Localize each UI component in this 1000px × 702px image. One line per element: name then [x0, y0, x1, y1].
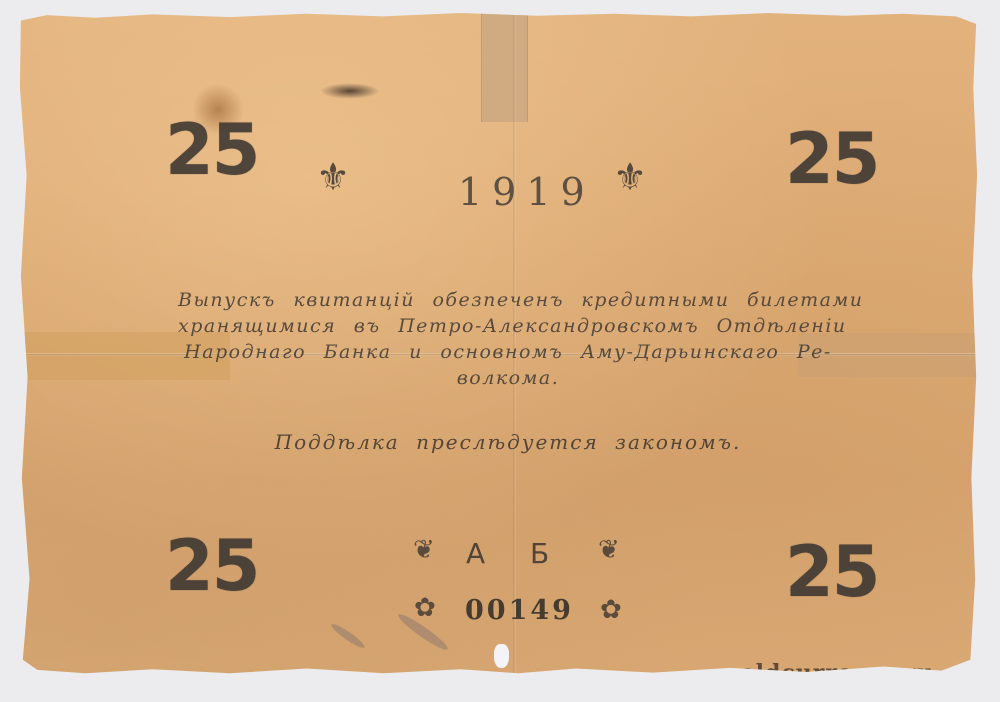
image-stage: 25 25 25 25 ⚜ 1919 ⚜ Выпускъ квитанцiй о… — [0, 0, 1000, 702]
flower-ornament-icon: ✿ — [600, 595, 622, 625]
denomination-top-left: 25 — [165, 115, 258, 185]
counterfeit-warning: Поддѣлка преслѣдуется закономъ. — [198, 430, 818, 454]
denomination-bottom-right: 25 — [785, 537, 878, 607]
issue-text-line: Народнаго Банка и основномъ Аму-Дарьинск… — [178, 339, 838, 365]
watermark: oldcurrency.ru — [740, 660, 934, 686]
tape-strip-vertical — [481, 7, 528, 122]
banknote-paper: 25 25 25 25 ⚜ 1919 ⚜ Выпускъ квитанцiй о… — [18, 7, 980, 680]
pencil-mark — [329, 621, 366, 650]
issue-text-line: хранящимися въ Петро-Александровскомъ От… — [178, 313, 838, 339]
issue-year: 1919 — [458, 170, 595, 214]
denomination-top-right: 25 — [785, 124, 878, 194]
paper-hole — [494, 644, 509, 668]
floral-ornament-icon: ❦ — [598, 535, 620, 565]
floral-ornament-icon: ❦ — [413, 535, 435, 565]
issue-text: Выпускъ квитанцiй обезпеченъ кредитными … — [178, 287, 838, 391]
ornament-icon: ⚜ — [316, 155, 350, 199]
denomination-bottom-left: 25 — [165, 531, 258, 601]
issue-text-line: волкома. — [178, 365, 838, 391]
ornament-icon: ⚜ — [613, 155, 647, 199]
flower-ornament-icon: ✿ — [414, 593, 436, 623]
serial-number: 00149 — [465, 595, 574, 626]
issue-text-line: Выпускъ квитанцiй обезпеченъ кредитными … — [178, 287, 838, 313]
ink-spot — [320, 83, 380, 99]
series-letters: А Б — [466, 537, 567, 570]
